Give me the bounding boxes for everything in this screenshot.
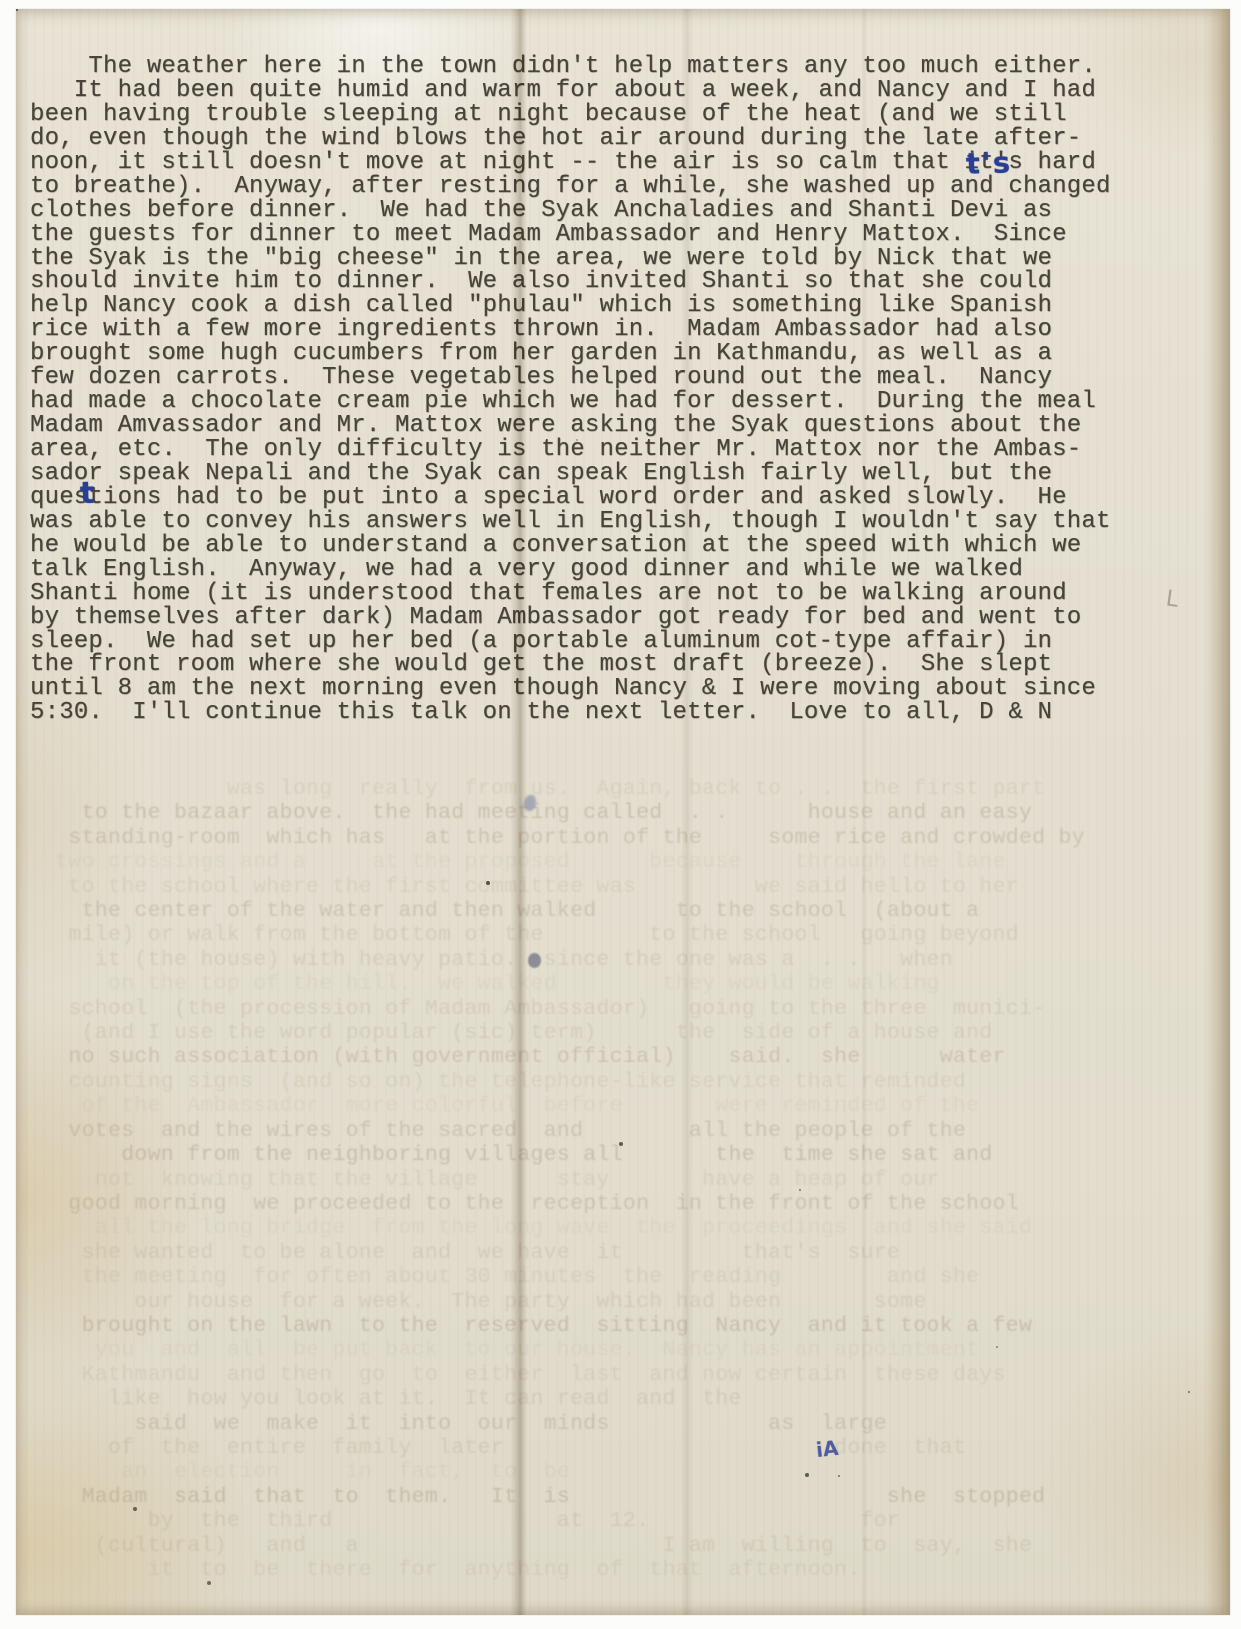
bleedthrough-line: (cultural) and a I am willing to say, sh…: [42, 1534, 1222, 1558]
bleedthrough-line: was long really from us. Again, back to …: [42, 777, 1222, 801]
typed-line: 5:30. I'll continue this talk on the nex…: [30, 701, 1220, 725]
typed-line: been having trouble sleeping at night be…: [30, 103, 1220, 127]
typed-line: noon, it still doesn't move at night -- …: [30, 151, 1220, 175]
scanned-letter-page: was long really from us. Again, back to …: [0, 0, 1241, 1629]
typed-line: The weather here in the town didn't help…: [30, 55, 1220, 79]
typed-line: rice with a few more ingredients thrown …: [30, 318, 1220, 342]
typed-line: help Nancy cook a dish called "phulau" w…: [30, 294, 1220, 318]
bleedthrough-line: brought on the lawn to the reserved sitt…: [42, 1314, 1222, 1338]
handwritten-t-insertion: t: [80, 476, 95, 511]
ink-smudge: [528, 953, 541, 968]
ink-scribble: iA: [815, 1436, 840, 1462]
typed-line: by themselves after dark) Madam Ambassad…: [30, 606, 1220, 630]
bleedthrough-line: said we make it into our minds as large: [42, 1412, 1222, 1436]
bleedthrough-line: votes and the wires of the sacred and al…: [42, 1119, 1222, 1143]
typed-line: the Syak is the "big cheese" in the area…: [30, 247, 1220, 271]
typed-line: area, etc. The only difficulty is the ne…: [30, 438, 1220, 462]
handwritten-its-correction: t's: [965, 145, 1012, 181]
bleedthrough-line: good morning we proceeded to the recepti…: [42, 1192, 1222, 1216]
typed-line: the front room where she would get the m…: [30, 653, 1220, 677]
bleedthrough-line: by the third at 12. for: [42, 1509, 1222, 1533]
vertical-fold-crease: [511, 9, 527, 1615]
bleedthrough-line: school (the procession of Madam Ambassad…: [42, 997, 1222, 1021]
bleedthrough-line: an election in fact, to be: [42, 1460, 1222, 1484]
vertical-fold-crease: [862, 9, 867, 1615]
bleedthrough-line: counting signs (and so on) the telephone…: [42, 1070, 1222, 1094]
bleedthrough-line: the center of the water and then walked …: [42, 899, 1222, 923]
vertical-fold-crease: [682, 9, 692, 1615]
typed-line: to breathe). Anyway, after resting for a…: [30, 175, 1220, 199]
bleedthrough-line: no such association (with government off…: [42, 1045, 1222, 1069]
typed-line: until 8 am the next morning even though …: [30, 677, 1220, 701]
typed-line: the guests for dinner to meet Madam Amba…: [30, 223, 1220, 247]
typed-line: sador speak Nepali and the Syak can spea…: [30, 462, 1220, 486]
bleedthrough-line: two crossings and a at the proposed beca…: [42, 850, 1222, 874]
typed-line: should invite him to dinner. We also inv…: [30, 270, 1220, 294]
paper-specks: [16, 9, 18, 11]
bleedthrough-line: standing-room which has at the portion o…: [42, 826, 1222, 850]
typed-line: questions had to be put into a special w…: [30, 486, 1220, 510]
typed-line: he would be able to understand a convers…: [30, 534, 1220, 558]
typed-line: brought some hugh cucumbers from her gar…: [30, 342, 1220, 366]
typed-line: had made a chocolate cream pie which we …: [30, 390, 1220, 414]
paper-sheet: was long really from us. Again, back to …: [16, 9, 1230, 1615]
bleedthrough-line: on the top of the hill. we walked they w…: [42, 972, 1222, 996]
typed-line: Shanti home (it is understood that femal…: [30, 582, 1220, 606]
typed-line: It had been quite humid and warm for abo…: [30, 79, 1220, 103]
typed-line: was able to convey his answers well in E…: [30, 510, 1220, 534]
typed-line: do, even though the wind blows the hot a…: [30, 127, 1220, 151]
bleedthrough-line: Kathmandu and then go to either last and…: [42, 1363, 1222, 1387]
verso-bleedthrough-text: was long really from us. Again, back to …: [42, 777, 1222, 1582]
bleedthrough-line: all the long bridge from the long wave t…: [42, 1216, 1222, 1240]
typed-letter-text: The weather here in the town didn't help…: [30, 55, 1220, 725]
bleedthrough-line: it (the house) with heavy patio. since t…: [42, 948, 1222, 972]
typed-line: clothes before dinner. We had the Syak A…: [30, 199, 1220, 223]
bleedthrough-line: you and all be put back to our house. Na…: [42, 1338, 1222, 1362]
bleedthrough-line: mile) or walk from the bottom of the to …: [42, 923, 1222, 947]
bleedthrough-line: of the Ambassador more colorful before w…: [42, 1094, 1222, 1118]
typed-line: few dozen carrots. These vegetables help…: [30, 366, 1220, 390]
typed-line: sleep. We had set up her bed (a portable…: [30, 630, 1220, 654]
bleedthrough-line: (and I use the word popular (sic) term) …: [42, 1021, 1222, 1045]
bleedthrough-line: like how you look at it. It can read and…: [42, 1387, 1222, 1411]
typed-line: Madam Amvassador and Mr. Mattox were ask…: [30, 414, 1220, 438]
bleedthrough-line: to the bazaar above. the had meeting cal…: [42, 801, 1222, 825]
typed-line: talk English. Anyway, we had a very good…: [30, 558, 1220, 582]
bleedthrough-line: not knowing that the village stay have a…: [42, 1168, 1222, 1192]
bleedthrough-line: the meeting for often about 30 minutes t…: [42, 1265, 1222, 1289]
bleedthrough-line: our house for a week. The party which ha…: [42, 1290, 1222, 1314]
bleedthrough-line: she wanted to be alone and we have it th…: [42, 1241, 1222, 1265]
bleedthrough-line: it to be there for anything of that afte…: [42, 1558, 1222, 1582]
bleedthrough-line: to the school where the first committee …: [42, 875, 1222, 899]
bleedthrough-line: of the entire family later done that: [42, 1436, 1222, 1460]
bleedthrough-line: down from the neighboring villages all t…: [42, 1143, 1222, 1167]
bleedthrough-line: Madam said that to them. It is she stopp…: [42, 1485, 1222, 1509]
